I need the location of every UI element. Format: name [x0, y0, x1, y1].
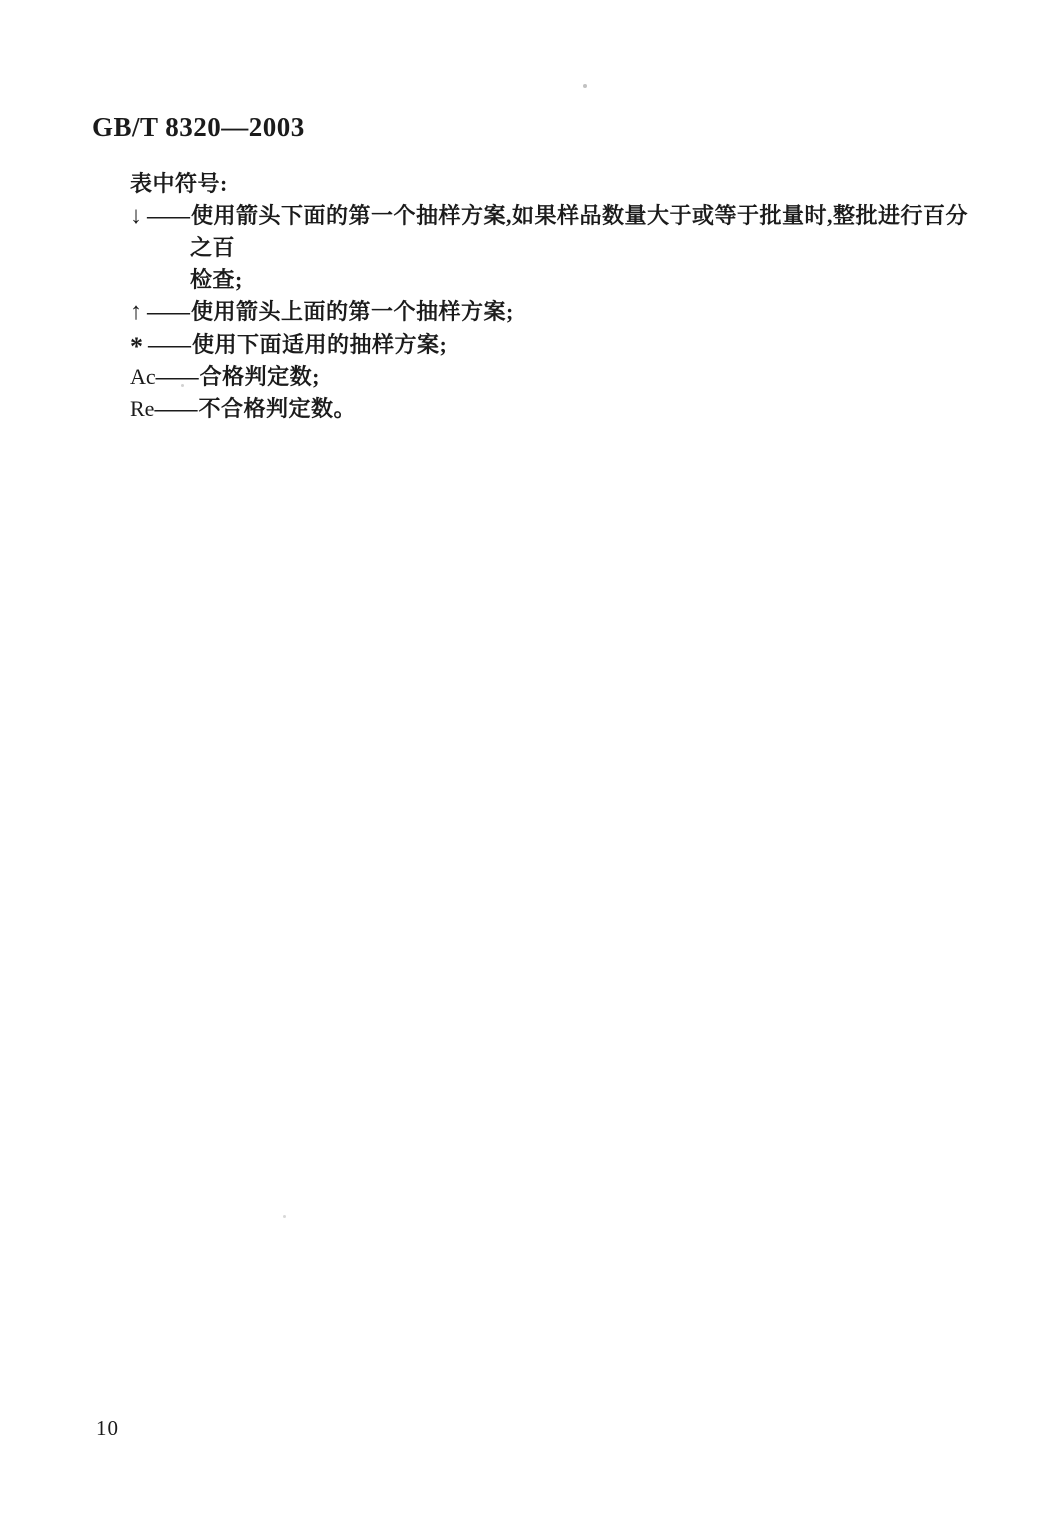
ac-symbol: Ac [130, 361, 156, 393]
table-symbol-notes: 表中符号: ↓ ——使用箭头下面的第一个抽样方案,如果样品数量大于或等于批量时,… [130, 168, 975, 425]
scan-speck [181, 384, 184, 387]
page-number: 10 [96, 1416, 119, 1441]
note-text: 使用下面适用的抽样方案; [192, 332, 447, 357]
em-dash-separator: —— [154, 396, 196, 421]
em-dash-separator: —— [143, 203, 190, 228]
scan-speck [283, 1215, 286, 1218]
note-item-down-arrow: ↓ ——使用箭头下面的第一个抽样方案,如果样品数量大于或等于批量时,整批进行百分… [130, 200, 975, 296]
note-text: 不合格判定数。 [198, 396, 356, 421]
asterisk-symbol: * [130, 331, 144, 363]
note-item-up-arrow: ↑ ——使用箭头上面的第一个抽样方案; [130, 296, 975, 328]
standard-number-header: GB/T 8320—2003 [92, 112, 305, 143]
note-text: 合格判定数; [200, 364, 320, 389]
note-item-ac: Ac——合格判定数; [130, 361, 975, 393]
document-page: GB/T 8320—2003 表中符号: ↓ ——使用箭头下面的第一个抽样方案,… [0, 0, 1046, 1528]
note-text: 使用箭头上面的第一个抽样方案; [191, 299, 514, 324]
note-text: 使用箭头下面的第一个抽样方案,如果样品数量大于或等于批量时,整批进行百分之百 [190, 203, 968, 260]
notes-title: 表中符号: [130, 168, 975, 200]
note-item-asterisk: * ——使用下面适用的抽样方案; [130, 328, 975, 361]
down-arrow-symbol: ↓ [130, 200, 143, 232]
em-dash-separator: —— [144, 332, 191, 357]
re-symbol: Re [130, 393, 154, 425]
up-arrow-symbol: ↑ [130, 296, 143, 328]
note-text-continuation: 检查; [190, 267, 243, 292]
em-dash-separator: —— [156, 364, 198, 389]
scan-speck [583, 84, 587, 88]
em-dash-separator: —— [143, 299, 190, 324]
note-item-re: Re——不合格判定数。 [130, 393, 975, 425]
